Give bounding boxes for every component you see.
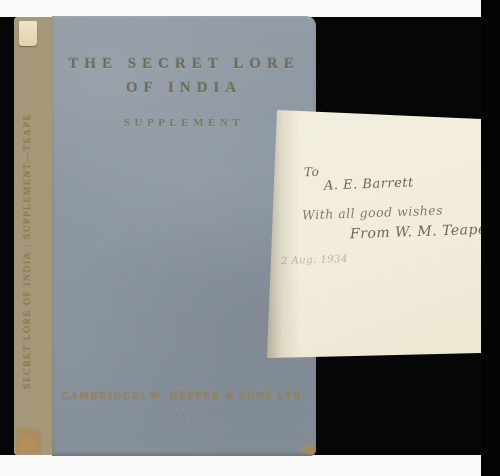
inscription-signature: From W. M. Teape [350, 222, 487, 243]
cover-title: THE SECRET LORE OF INDIA [52, 52, 316, 100]
inscription-date: 2 Aug. 1934 [281, 254, 348, 267]
spine-label-remnant [19, 21, 37, 46]
cover-title-line2: OF INDIA [52, 76, 316, 100]
photo-black-edge [481, 0, 500, 476]
photo-backdrop: { "photo": { "backdrop_color": "#060606"… [0, 0, 500, 476]
cover-title-line1: THE SECRET LORE [52, 52, 316, 76]
spine-foot-wear [16, 428, 42, 454]
cover-imprint-year: MCMXXXII [52, 412, 316, 421]
inscription-message: With all good wishes [302, 203, 444, 223]
inscription-salutation: To [304, 165, 320, 180]
inscription-page: To A. E. Barrett With all good wishes Fr… [260, 105, 481, 365]
cover-corner-wear [299, 443, 315, 454]
book-spine: SECRET LORE OF INDIA : SUPPLEMENT—TEAPE [14, 17, 52, 455]
photo-mat-bottom [0, 455, 481, 476]
spine-title-text: SECRET LORE OF INDIA : SUPPLEMENT—TEAPE [23, 61, 38, 441]
cover-imprint: CAMBRIDGE: W. HEFFER & SONS LTD. [52, 391, 316, 402]
photo-mat-top [0, 0, 481, 17]
book-photo: SECRET LORE OF INDIA : SUPPLEMENT—TEAPE … [14, 16, 316, 456]
inscription-recipient: A. E. Barrett [324, 175, 414, 193]
